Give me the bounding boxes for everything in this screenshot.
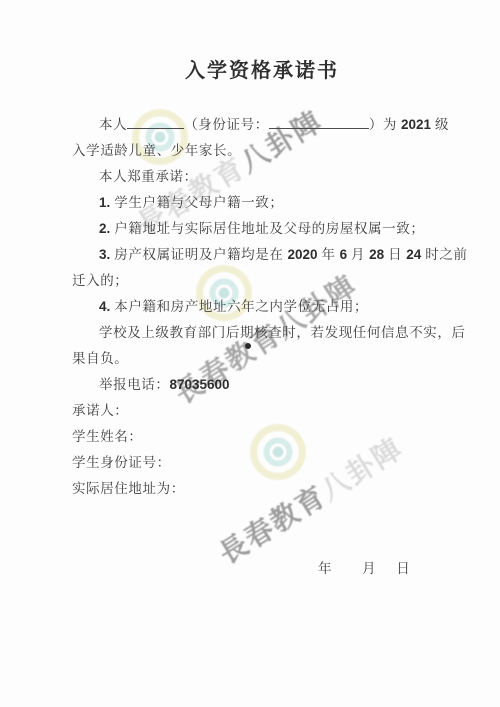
scanned-document-page: 長春教育八卦陣 長春教育八卦陣 長春教育八卦陣 入学资格承诺书 本人（身份证号：… xyxy=(0,0,500,707)
item-number: 3. xyxy=(99,247,110,262)
deadline-month: 6 xyxy=(340,247,348,262)
intro-prefix: 本人 xyxy=(99,117,127,132)
commitment-item-3-line-1: 3.房产权属证明及户籍均是在 2020 年 6 月 28 日 24 时之前 xyxy=(72,242,452,268)
year-unit: 年 xyxy=(318,247,340,262)
day-unit: 日 xyxy=(384,247,406,262)
commitment-item-3-line-2: 迁入的； xyxy=(72,268,452,294)
item-number: 1. xyxy=(99,195,110,210)
id-number-label: （身份证号： xyxy=(184,117,269,132)
month-unit: 月 xyxy=(347,247,369,262)
date-day-label: 日 xyxy=(396,561,410,576)
verification-note-line-2: 果自负。 xyxy=(72,346,452,372)
signature-line-student-id: 学生身份证号： xyxy=(72,450,452,476)
deadline-hour: 24 xyxy=(406,247,421,262)
item-number: 4. xyxy=(99,299,110,314)
item-text: 本户籍和房产地址六年之内学位无占用； xyxy=(114,299,368,314)
ink-dot-artifact xyxy=(245,343,251,349)
document-content: 入学资格承诺书 本人（身份证号：）为 2021 级 入学适龄儿童、少年家长。 本… xyxy=(72,56,452,582)
intro-line-2: 入学适龄儿童、少年家长。 xyxy=(72,138,452,164)
promise-heading: 本人郑重承诺： xyxy=(72,164,452,190)
deadline-year: 2020 xyxy=(287,247,317,262)
intro-close: ）为 xyxy=(369,117,401,132)
grade-year: 2021 xyxy=(401,117,431,132)
grade-unit: 级 xyxy=(431,117,449,132)
verification-note-line-1: 学校及上级教育部门后期核查时，若发现任何信息不实，后 xyxy=(72,320,452,346)
document-title: 入学资格承诺书 xyxy=(72,56,452,86)
deadline-day: 28 xyxy=(369,247,384,262)
date-year-label: 年 xyxy=(318,561,332,576)
report-phone-number: 87035600 xyxy=(170,377,230,392)
item-number: 2. xyxy=(99,221,110,236)
report-phone-label: 举报电话： xyxy=(99,377,170,392)
item-text: 户籍地址与实际居住地址及父母的房屋权属一致； xyxy=(114,221,424,236)
commitment-item-2: 2.户籍地址与实际居住地址及父母的房屋权属一致； xyxy=(72,216,452,242)
hour-tail: 时之前 xyxy=(421,247,467,262)
item-text: 学生户籍与父母户籍一致； xyxy=(114,195,283,210)
intro-line-1: 本人（身份证号：）为 2021 级 xyxy=(72,112,452,138)
date-line: 年月日 xyxy=(72,556,452,582)
id-number-blank-field xyxy=(269,115,369,129)
name-blank-field xyxy=(127,115,184,129)
item-text: 房产权属证明及户籍均是在 xyxy=(114,247,287,262)
commitment-item-4: 4.本户籍和房产地址六年之内学位无占用； xyxy=(72,294,452,320)
signature-line-residence: 实际居住地址为： xyxy=(72,476,452,502)
date-month-label: 月 xyxy=(362,561,376,576)
commitment-item-1: 1.学生户籍与父母户籍一致； xyxy=(72,190,452,216)
report-phone-line: 举报电话：87035600 xyxy=(72,372,452,398)
signature-line-promiser: 承诺人： xyxy=(72,398,452,424)
signature-line-student-name: 学生姓名： xyxy=(72,424,452,450)
